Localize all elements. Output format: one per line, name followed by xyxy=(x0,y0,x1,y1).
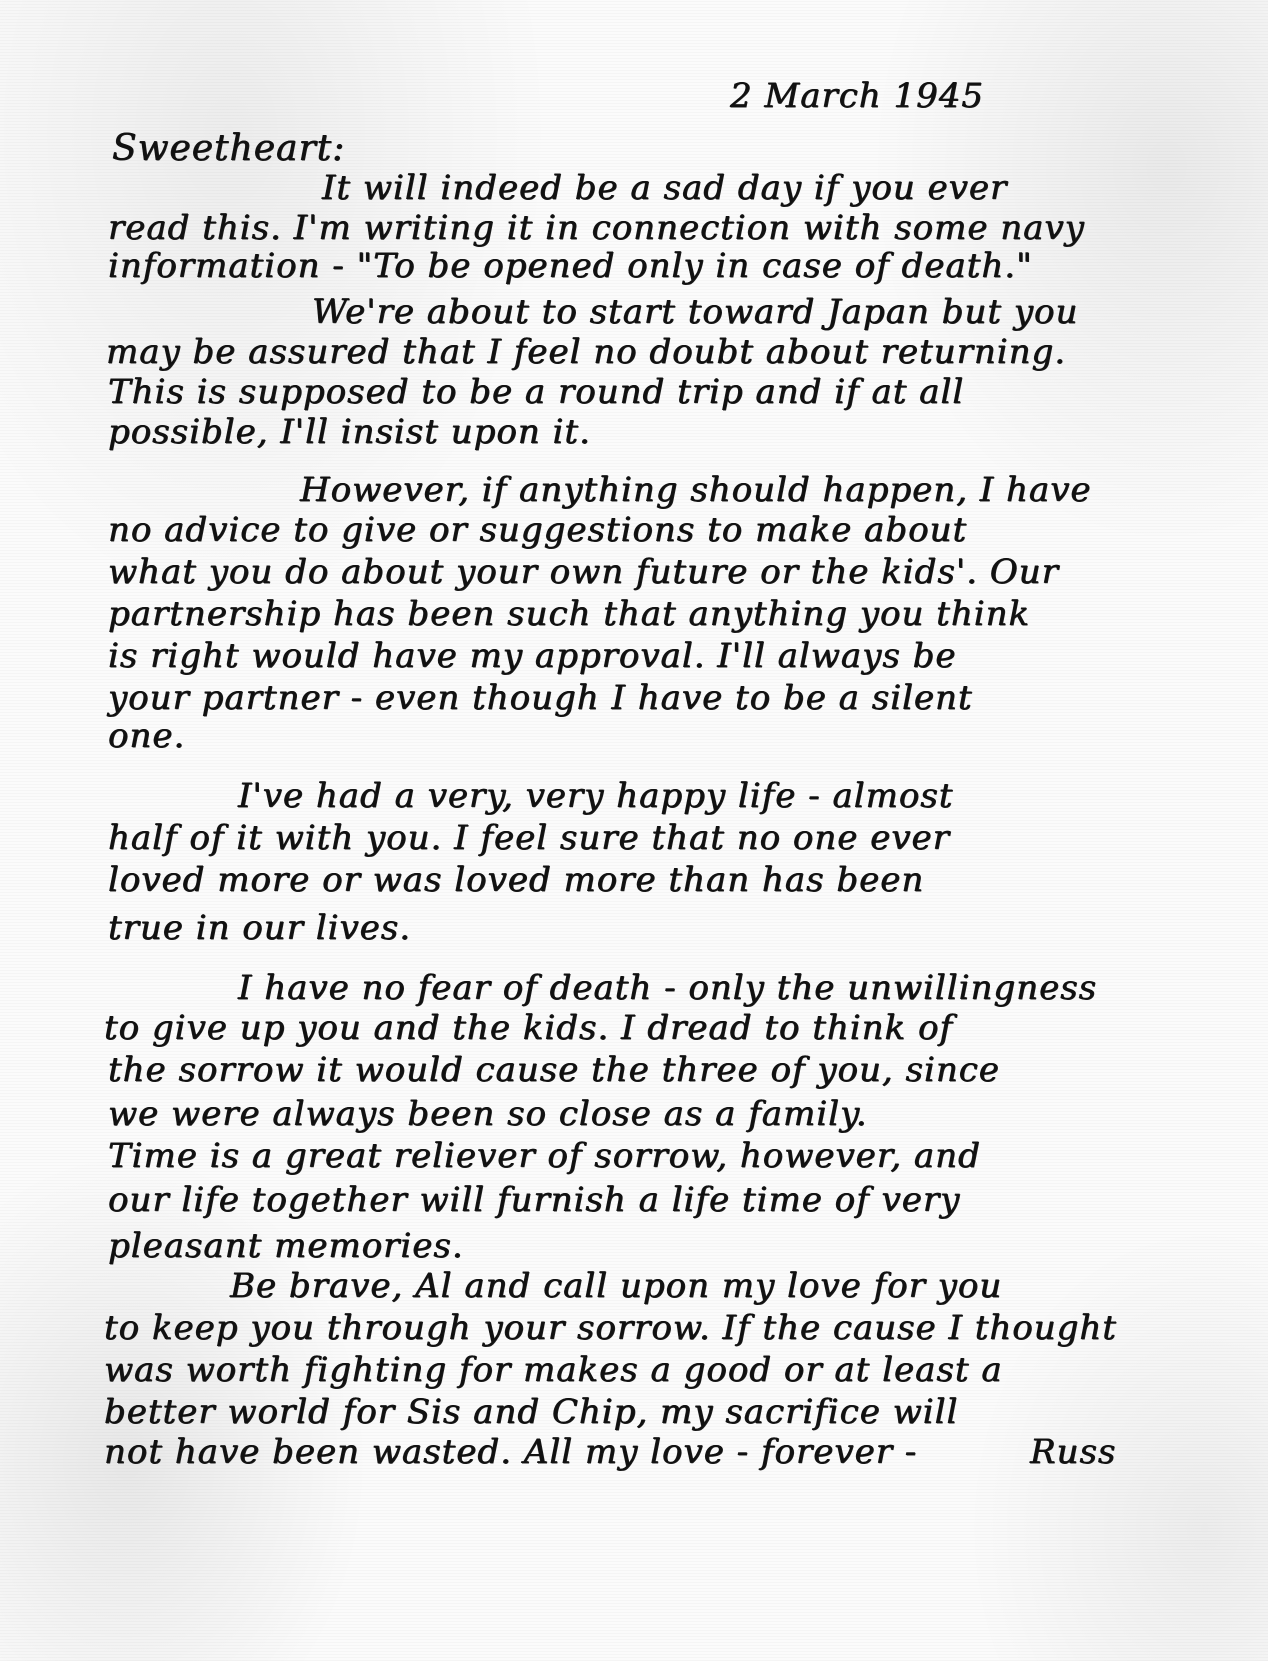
letter-salutation: Sweetheart: xyxy=(112,128,345,169)
letter-line: pleasant memories. xyxy=(108,1226,464,1266)
letter-line: partnership has been such that anything … xyxy=(108,594,1030,634)
letter-line: We're about to start toward Japan but yo… xyxy=(312,292,1078,332)
letter-line: what you do about your own future or the… xyxy=(108,552,1059,592)
scanned-letter-page: 2 March 1945 Sweetheart: It will indeed … xyxy=(0,0,1268,1661)
letter-line: may be assured that I feel no doubt abou… xyxy=(106,332,1066,372)
letter-line: possible, I'll insist upon it. xyxy=(108,412,591,452)
letter-line: I've had a very, very happy life - almos… xyxy=(238,776,953,816)
letter-line: one. xyxy=(108,716,185,756)
letter-line: is right would have my approval. I'll al… xyxy=(108,636,957,676)
letter-line: the sorrow it would cause the three of y… xyxy=(108,1050,1000,1090)
letter-line: was worth fighting for makes a good or a… xyxy=(104,1350,1003,1390)
letter-line: read this. I'm writing it in connection … xyxy=(108,208,1085,248)
letter-line: I have no fear of death - only the unwil… xyxy=(238,968,1097,1008)
letter-line: information - "To be opened only in case… xyxy=(108,246,1033,286)
letter-line: half of it with you. I feel sure that no… xyxy=(108,818,950,858)
letter-line: to give up you and the kids. I dread to … xyxy=(104,1008,953,1048)
letter-line: loved more or was loved more than has be… xyxy=(108,860,924,900)
letter-line: This is supposed to be a round trip and … xyxy=(108,372,964,412)
letter-line: Time is a great reliever of sorrow, howe… xyxy=(108,1136,981,1176)
letter-line: However, if anything should happen, I ha… xyxy=(300,470,1092,510)
letter-signature: Russ xyxy=(1030,1432,1116,1472)
letter-line: It will indeed be a sad day if you ever xyxy=(322,168,1007,208)
letter-line: not have been wasted. All my love - fore… xyxy=(104,1432,917,1472)
letter-line: we were always been so close as a family… xyxy=(108,1094,868,1134)
letter-line: better world for Sis and Chip, my sacrif… xyxy=(104,1392,958,1432)
letter-date: 2 March 1945 xyxy=(730,76,984,116)
letter-line: your partner - even though I have to be … xyxy=(108,678,973,718)
letter-line: our life together will furnish a life ti… xyxy=(108,1180,960,1220)
letter-line: Be brave, Al and call upon my love for y… xyxy=(230,1266,1002,1306)
letter-line: true in our lives. xyxy=(108,908,411,948)
letter-line: no advice to give or suggestions to make… xyxy=(108,510,967,550)
letter-line: to keep you through your sorrow. If the … xyxy=(104,1308,1117,1348)
